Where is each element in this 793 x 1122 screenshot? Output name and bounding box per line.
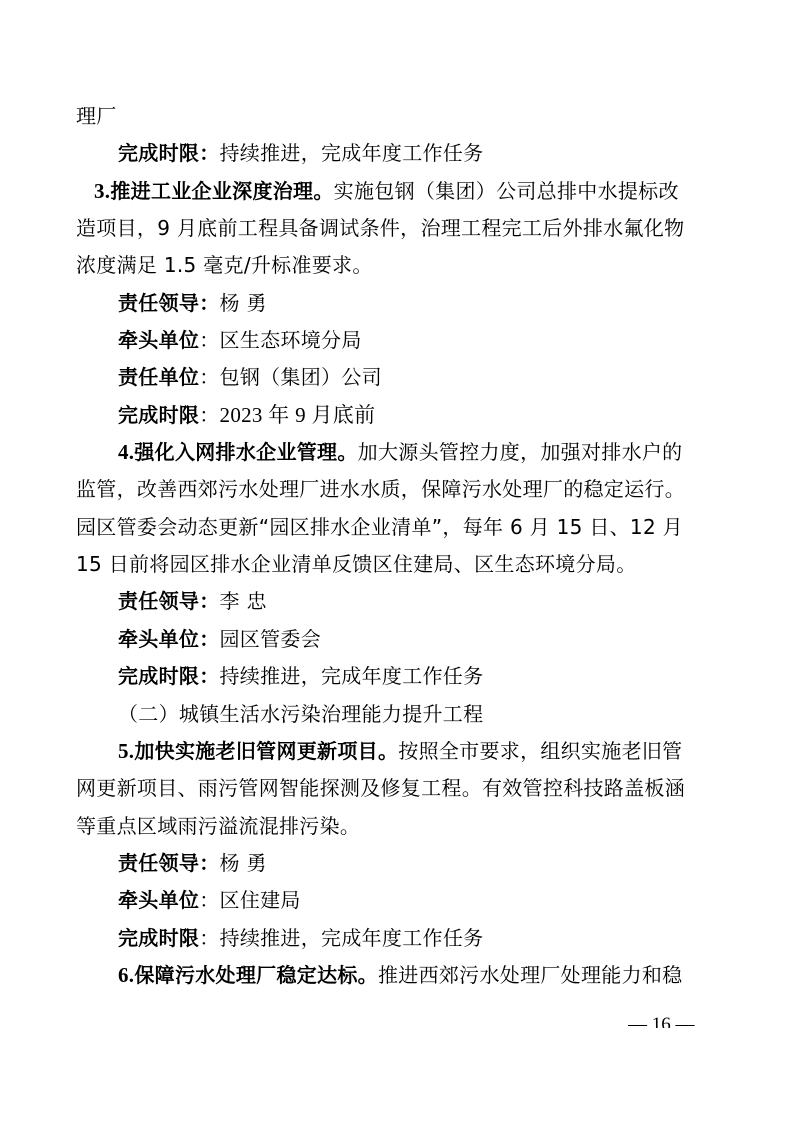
field-value: 包钢（集团）公司 bbox=[220, 365, 382, 389]
item-text: 推进西郊污水处理厂处理能力和稳 bbox=[378, 963, 683, 987]
section-heading: （二）城镇生活水污染治理能力提升工程 bbox=[76, 696, 721, 733]
field-label: 责任单位 bbox=[118, 365, 199, 389]
paragraph-continuation: 造项目，9 月底前工程具备调试条件，治理工程完工后外排水氟化物 bbox=[76, 210, 721, 247]
paragraph-continuation: 网更新项目、雨污管网智能探测及修复工程。有效管控科技路盖板涵 bbox=[76, 770, 721, 807]
field-label: 完成时限： bbox=[118, 664, 220, 688]
item-text: 按照全市要求，组织实施老旧管 bbox=[398, 739, 682, 763]
field-separator: ： bbox=[199, 403, 219, 427]
field-separator: ： bbox=[199, 888, 219, 912]
item-3-heading: 3.推进工业企业深度治理。实施包钢（集团）公司总排中水提标改 bbox=[76, 173, 721, 210]
field-responsible-leader: 责任领导：杨 勇 bbox=[76, 845, 721, 882]
field-separator: ： bbox=[199, 365, 219, 389]
field-value: 2023 年 9 月底前 bbox=[220, 403, 376, 427]
item-title: 强化入网排水企业管理。 bbox=[134, 440, 357, 464]
document-page: 理厂 完成时限：持续推进，完成年度工作任务 3.推进工业企业深度治理。实施包钢（… bbox=[76, 98, 721, 994]
field-label: 完成时限 bbox=[118, 403, 199, 427]
paragraph-continuation: 15 日前将园区排水企业清单反馈区住建局、区生态环境分局。 bbox=[76, 546, 721, 583]
section-title: （二）城镇生活水污染治理能力提升工程 bbox=[118, 702, 483, 726]
item-title: 加快实施老旧管网更新项目。 bbox=[134, 739, 398, 763]
field-deadline: 完成时限：持续推进，完成年度工作任务 bbox=[76, 920, 721, 957]
item-5-heading: 5.加快实施老旧管网更新项目。按照全市要求，组织实施老旧管 bbox=[76, 733, 721, 770]
body-text: 监管，改善西郊污水处理厂进水水质，保障污水处理厂的稳定运行。 bbox=[76, 477, 685, 501]
page-number: — 16 — bbox=[628, 1014, 695, 1028]
paragraph-continuation: 理厂 bbox=[76, 98, 721, 135]
field-lead-unit: 牵头单位：区生态环境分局 bbox=[76, 322, 721, 359]
field-value: 区住建局 bbox=[220, 888, 301, 912]
field-label: 牵头单位 bbox=[118, 888, 199, 912]
field-label: 责任领导： bbox=[118, 589, 220, 613]
field-value: 持续推进，完成年度工作任务 bbox=[220, 141, 484, 165]
item-number: 6. bbox=[118, 963, 134, 987]
field-label: 牵头单位： bbox=[118, 627, 220, 651]
item-number: 5. bbox=[118, 739, 134, 763]
field-separator: ： bbox=[199, 328, 219, 352]
body-text: 理厂 bbox=[76, 104, 117, 128]
field-value: 园区管委会 bbox=[220, 627, 322, 651]
item-6-heading: 6.保障污水处理厂稳定达标。推进西郊污水处理厂处理能力和稳 bbox=[76, 957, 721, 994]
paragraph-continuation: 等重点区域雨污溢流混排污染。 bbox=[76, 808, 721, 845]
paragraph-continuation: 浓度满足 1.5 毫克/升标准要求。 bbox=[76, 247, 721, 284]
field-responsible-leader: 责任领导：杨 勇 bbox=[76, 285, 721, 322]
item-text: 加大源头管控力度，加强对排水户的 bbox=[358, 440, 683, 464]
field-label: 完成时限 bbox=[118, 926, 199, 950]
field-value: 杨 勇 bbox=[220, 291, 267, 315]
item-text: 实施包钢（集团）公司总排中水提标改 bbox=[334, 179, 679, 203]
field-label: 责任领导： bbox=[118, 851, 220, 875]
field-value: 李 忠 bbox=[220, 589, 267, 613]
body-text: 园区管委会动态更新“园区排水企业清单”，每年 6 月 15 日、12 月 bbox=[76, 515, 683, 539]
field-label: 牵头单位 bbox=[118, 328, 199, 352]
item-number: 3. bbox=[94, 179, 110, 203]
field-deadline: 完成时限：持续推进，完成年度工作任务 bbox=[76, 658, 721, 695]
item-number: 4. bbox=[118, 440, 134, 464]
field-value: 杨 勇 bbox=[220, 851, 267, 875]
field-responsible-leader: 责任领导：李 忠 bbox=[76, 583, 721, 620]
body-text: 浓度满足 1.5 毫克/升标准要求。 bbox=[76, 253, 373, 277]
paragraph-continuation: 监管，改善西郊污水处理厂进水水质，保障污水处理厂的稳定运行。 bbox=[76, 471, 721, 508]
field-value: 持续推进，完成年度工作任务 bbox=[220, 926, 484, 950]
field-deadline: 完成时限：持续推进，完成年度工作任务 bbox=[76, 135, 721, 172]
field-value: 持续推进，完成年度工作任务 bbox=[220, 664, 484, 688]
field-separator: ： bbox=[199, 926, 219, 950]
paragraph-continuation: 园区管委会动态更新“园区排水企业清单”，每年 6 月 15 日、12 月 bbox=[76, 509, 721, 546]
body-text: 造项目，9 月底前工程具备调试条件，治理工程完工后外排水氟化物 bbox=[76, 216, 684, 240]
item-title: 保障污水处理厂稳定达标。 bbox=[134, 963, 378, 987]
field-lead-unit: 牵头单位：园区管委会 bbox=[76, 621, 721, 658]
field-responsible-unit: 责任单位：包钢（集团）公司 bbox=[76, 359, 721, 396]
field-lead-unit: 牵头单位：区住建局 bbox=[76, 882, 721, 919]
field-value: 区生态环境分局 bbox=[220, 328, 362, 352]
body-text: 网更新项目、雨污管网智能探测及修复工程。有效管控科技路盖板涵 bbox=[76, 776, 685, 800]
field-label: 完成时限： bbox=[118, 141, 220, 165]
body-text: 等重点区域雨污溢流混排污染。 bbox=[76, 814, 360, 838]
field-label: 责任领导： bbox=[118, 291, 220, 315]
item-title: 推进工业企业深度治理。 bbox=[110, 179, 333, 203]
field-deadline: 完成时限：2023 年 9 月底前 bbox=[76, 397, 721, 434]
item-4-heading: 4.强化入网排水企业管理。加大源头管控力度，加强对排水户的 bbox=[76, 434, 721, 471]
body-text: 15 日前将园区排水企业清单反馈区住建局、区生态环境分局。 bbox=[76, 552, 637, 576]
